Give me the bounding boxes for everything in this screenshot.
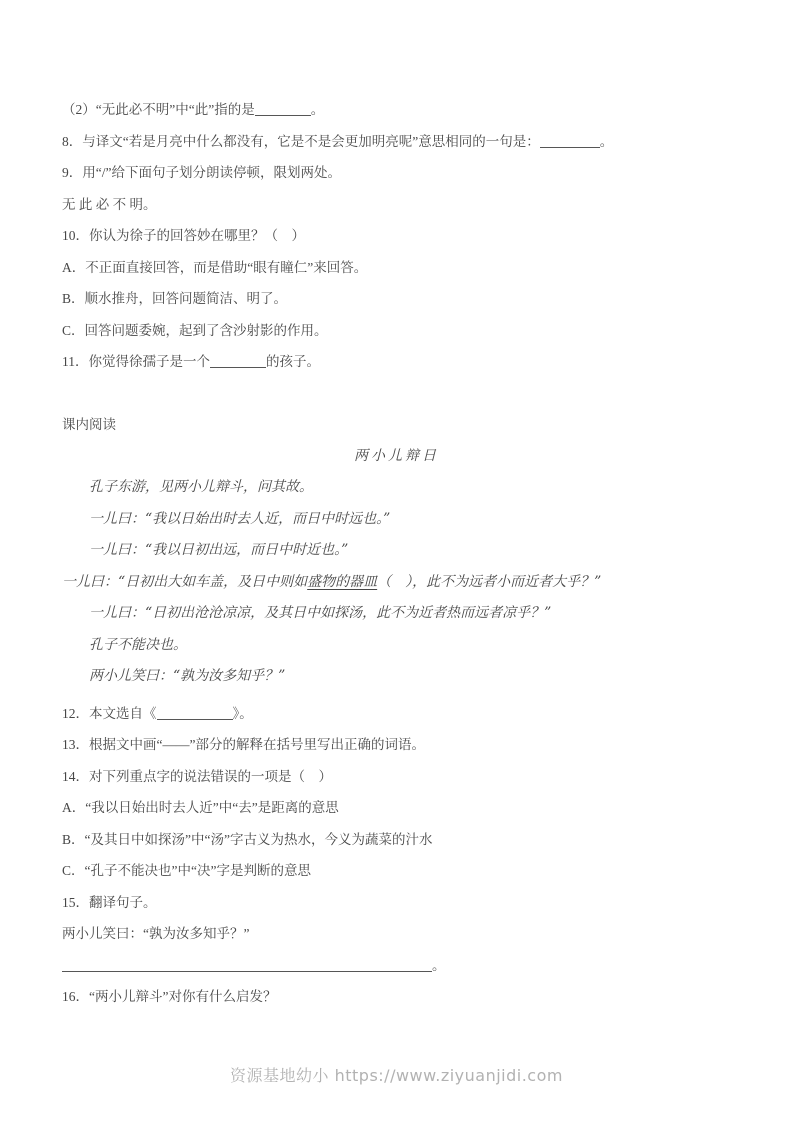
question-12-text: 12．本文选自《 xyxy=(62,706,157,721)
passage-paragraph-2: 一儿曰：“我以日始出时去人近，而日中时远也。” xyxy=(62,504,731,536)
answer-blank-q11 xyxy=(210,354,266,368)
question-15: 15．翻译句子。 xyxy=(62,887,731,919)
question-11-suffix: 的孩子。 xyxy=(266,354,320,369)
question-10-text: 10．你认为徐子的回答妙在哪里？（ ） xyxy=(62,228,305,243)
question-15-text: 15．翻译句子。 xyxy=(62,895,157,910)
worksheet-content: （2）“无此必不明”中“此”指的是。 8．与译文“若是月亮中什么都没有，它是不是… xyxy=(62,94,731,1013)
question-10-option-c-text: C．回答问题委婉，起到了含沙射影的作用。 xyxy=(62,323,328,338)
passage-paragraph-1-text: 孔子东游，见两小儿辩斗，问其故。 xyxy=(89,479,313,495)
answer-blank-q15 xyxy=(62,958,432,972)
question-9-text: 9．用“/”给下面句子划分朗读停顿，限划两处。 xyxy=(62,165,341,180)
question-11-text: 11．你觉得徐孺子是一个 xyxy=(62,354,210,369)
passage-paragraph-3-text: 一儿曰：“我以日初出远，而日中时近也。” xyxy=(89,542,348,558)
reading-section-label-text: 课内阅读 xyxy=(62,417,116,432)
question-15-sentence-text: 两小儿笑曰：“孰为汝多知乎？” xyxy=(62,926,249,941)
question-14-option-a-text: A．“我以日始出时去人近”中“去”是距离的意思 xyxy=(62,800,339,815)
question-12-suffix: 》。 xyxy=(233,706,253,721)
question-9: 9．用“/”给下面句子划分朗读停顿，限划两处。 xyxy=(62,157,731,189)
question-8-text: 8．与译文“若是月亮中什么都没有，它是不是会更加明亮呢”意思相同的一句是： xyxy=(62,134,540,149)
question-10: 10．你认为徐子的回答妙在哪里？（ ） xyxy=(62,220,731,252)
passage-paragraph-4: 一儿曰：“日初出大如车盖，及日中则如盛物的器皿（ ），此不为远者小而近者大乎？” xyxy=(62,567,731,599)
question-10-option-a-text: A．不正面直接回答，而是借助“眼有瞳仁”来回答。 xyxy=(62,260,367,275)
question-14-option-b-text: B．“及其日中如探汤”中“汤”字古义为热水，今义为蔬菜的汁水 xyxy=(62,832,432,847)
question-13: 13．根据文中画“——”部分的解释在括号里写出正确的词语。 xyxy=(62,729,731,761)
question-14-option-c: C．“孔子不能决也”中“决”字是判断的意思 xyxy=(62,855,731,887)
question-9-sentence-text: 无 此 必 不 明。 xyxy=(62,197,157,212)
question-9-sentence: 无 此 必 不 明。 xyxy=(62,189,731,221)
passage-paragraph-1: 孔子东游，见两小儿辩斗，问其故。 xyxy=(62,472,731,504)
question-14: 14．对下列重点字的说法错误的一项是（ ） xyxy=(62,761,731,793)
answer-blank-q7-2 xyxy=(255,102,311,116)
passage-paragraph-5-text: 一儿曰：“日初出沧沧凉凉，及其日中如探汤，此不为近者热而远者凉乎？” xyxy=(89,605,551,621)
question-8-period: 。 xyxy=(600,134,614,149)
question-8: 8．与译文“若是月亮中什么都没有，它是不是会更加明亮呢”意思相同的一句是：。 xyxy=(62,126,731,158)
question-10-option-b-text: B．顺水推舟，回答问题简洁、明了。 xyxy=(62,291,287,306)
question-14-option-c-text: C．“孔子不能决也”中“决”字是判断的意思 xyxy=(62,863,311,878)
passage-paragraph-5: 一儿曰：“日初出沧沧凉凉，及其日中如探汤，此不为近者热而远者凉乎？” xyxy=(62,598,731,630)
question-14-option-a: A．“我以日始出时去人近”中“去”是距离的意思 xyxy=(62,792,731,824)
question-14-option-b: B．“及其日中如探汤”中“汤”字古义为热水，今义为蔬菜的汁水 xyxy=(62,824,731,856)
passage-paragraph-6-text: 孔子不能决也。 xyxy=(89,637,187,653)
question-14-text: 14．对下列重点字的说法错误的一项是（ ） xyxy=(62,769,332,784)
passage-paragraph-3: 一儿曰：“我以日初出远，而日中时近也。” xyxy=(62,535,731,567)
passage-paragraph-2-text: 一儿曰：“我以日始出时去人近，而日中时远也。” xyxy=(89,511,390,527)
underlined-phrase: 盛物的器皿 xyxy=(307,574,377,590)
question-10-option-c: C．回答问题委婉，起到了含沙射影的作用。 xyxy=(62,315,731,347)
passage-paragraph-7-text: 两小儿笑曰：“孰为汝多知乎？” xyxy=(89,668,285,684)
passage-title-text: 两小儿辩日 xyxy=(354,448,439,464)
question-7-2-text: （2）“无此必不明”中“此”指的是 xyxy=(62,102,255,117)
question-11: 11．你觉得徐孺子是一个的孩子。 xyxy=(62,346,731,378)
question-16-text: 16．“两小儿辩斗”对你有什么启发？ xyxy=(62,989,276,1004)
question-7-2: （2）“无此必不明”中“此”指的是。 xyxy=(62,94,731,126)
question-7-2-period: 。 xyxy=(311,102,325,117)
question-15-answer-line: 。 xyxy=(62,950,731,982)
question-13-text: 13．根据文中画“——”部分的解释在括号里写出正确的词语。 xyxy=(62,737,425,752)
section-gap xyxy=(62,378,731,410)
question-15-answer-period: 。 xyxy=(432,958,446,973)
passage-title: 两小儿辩日 xyxy=(62,441,731,473)
footer-link[interactable]: 资源基地幼小 https://www.ziyuanjidi.com xyxy=(230,1066,563,1085)
question-10-option-a: A．不正面直接回答，而是借助“眼有瞳仁”来回答。 xyxy=(62,252,731,284)
question-16: 16．“两小儿辩斗”对你有什么启发？ xyxy=(62,981,731,1013)
passage-paragraph-4-pre: 一儿曰：“日初出大如车盖，及日中则如 xyxy=(62,574,307,590)
passage-paragraph-6: 孔子不能决也。 xyxy=(62,630,731,662)
passage-paragraph-7: 两小儿笑曰：“孰为汝多知乎？” xyxy=(62,661,731,693)
question-15-sentence: 两小儿笑曰：“孰为汝多知乎？” xyxy=(62,918,731,950)
worksheet-page: （2）“无此必不明”中“此”指的是。 8．与译文“若是月亮中什么都没有，它是不是… xyxy=(0,0,793,1122)
answer-blank-q8 xyxy=(540,134,600,148)
reading-section-label: 课内阅读 xyxy=(62,409,731,441)
passage-paragraph-4-post: （ ），此不为远者小而近者大乎？” xyxy=(377,574,601,590)
question-10-option-b: B．顺水推舟，回答问题简洁、明了。 xyxy=(62,283,731,315)
answer-blank-q12 xyxy=(157,706,233,720)
question-12: 12．本文选自《》。 xyxy=(62,698,731,730)
footer: 资源基地幼小 https://www.ziyuanjidi.com xyxy=(0,1063,793,1086)
